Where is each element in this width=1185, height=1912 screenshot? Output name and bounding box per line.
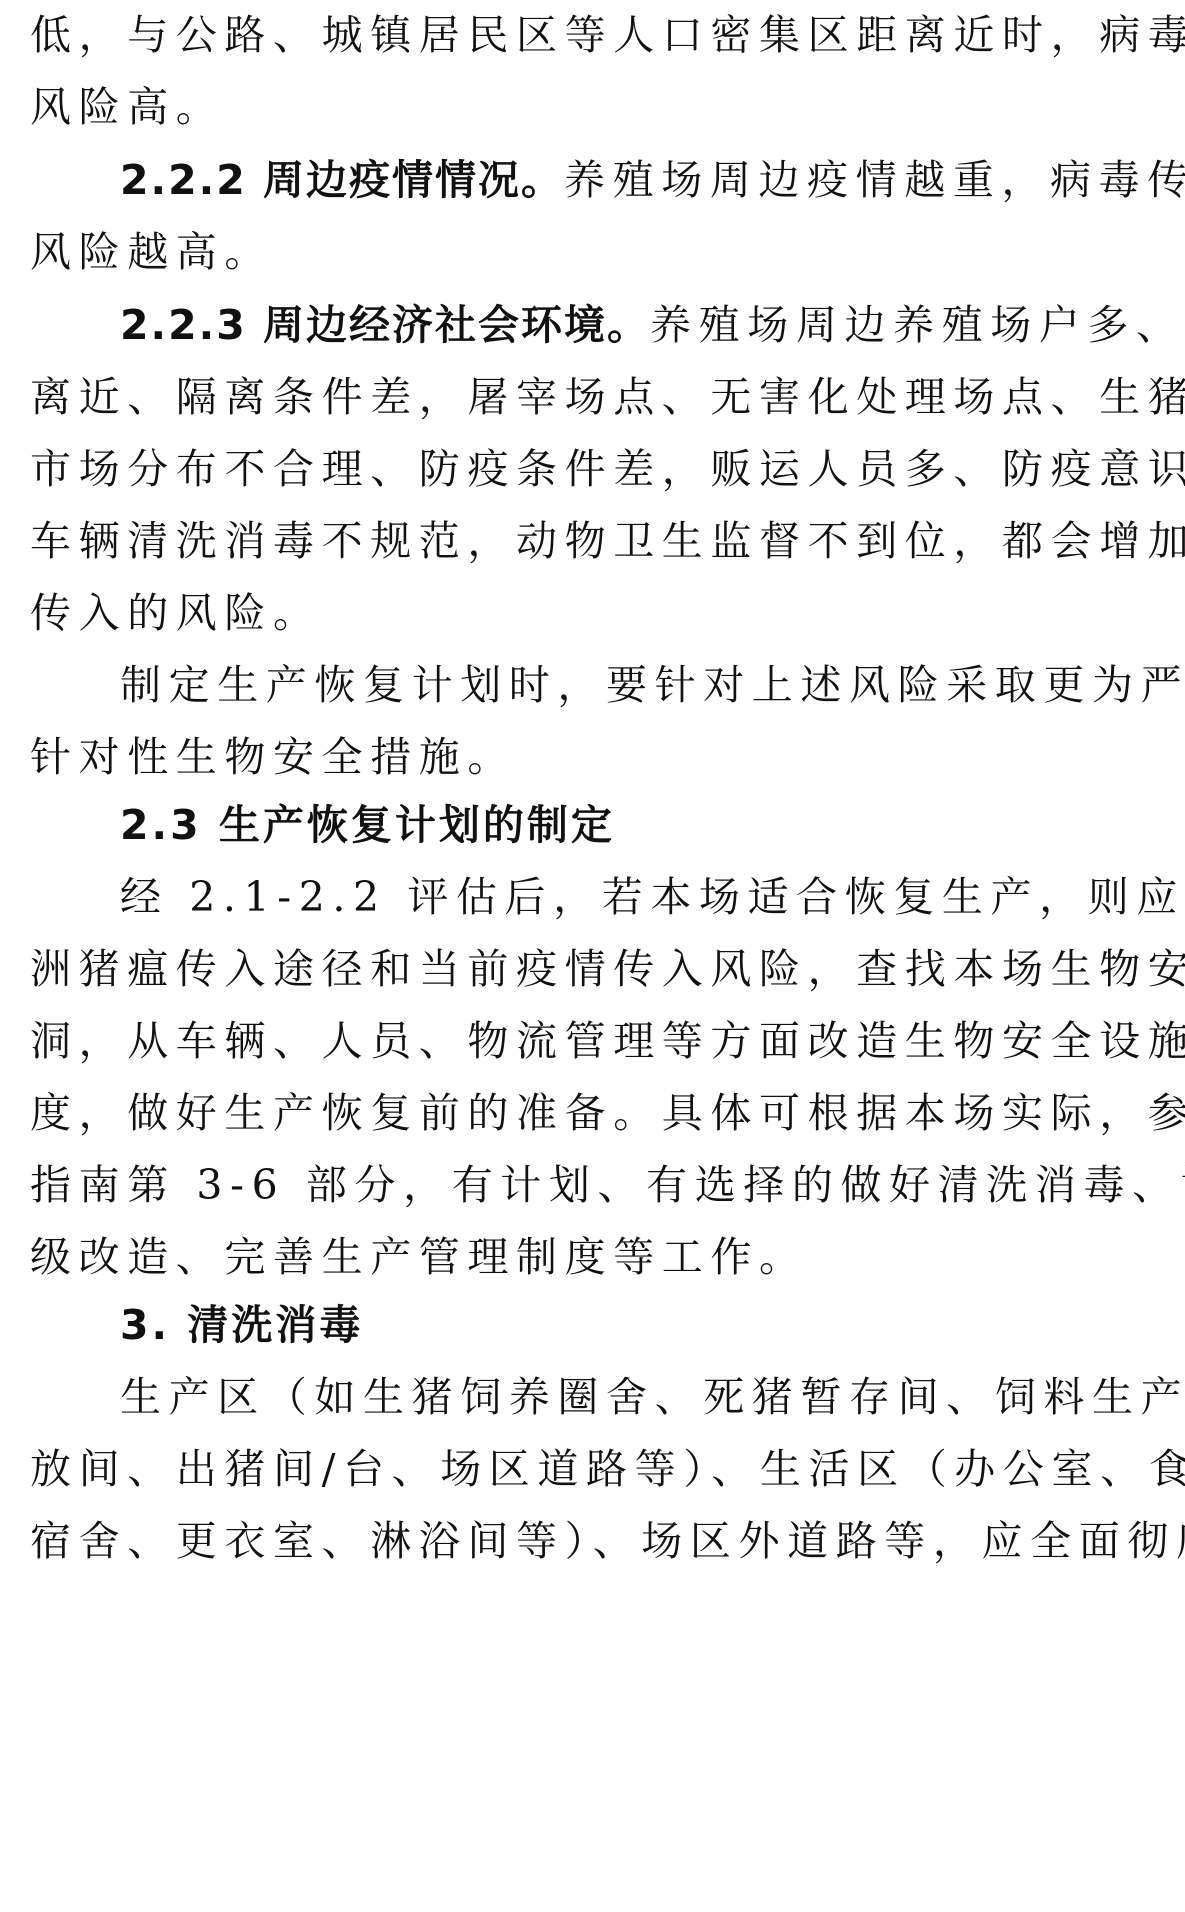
paragraph-line: 经 2.1-2.2 评估后，若本场适合恢复生产，则应根据非 — [120, 872, 1170, 922]
paragraph-line: 生产区（如生猪饲养圈舍、死猪暂存间、饲料生产及存 — [120, 1372, 1170, 1422]
paragraph-line: 宿舍、更衣室、淋浴间等）、场区外道路等，应全面彻底清 — [30, 1516, 1170, 1566]
paragraph-line: 车辆清洗消毒不规范，动物卫生监督不到位，都会增加病毒 — [30, 516, 1170, 566]
paragraph-line: 洞，从车辆、人员、物流管理等方面改造生物安全设施和制 — [30, 1016, 1170, 1066]
paragraph-line: 市场分布不合理、防疫条件差，贩运人员多、防疫意识差， — [30, 444, 1170, 494]
paragraph-line: 指南第 3-6 部分，有计划、有选择的做好清洗消毒、设施升 — [30, 1160, 1170, 1210]
paragraph-line: 传入的风险。 — [30, 588, 1170, 638]
paragraph-line: 离近、隔离条件差，屠宰场点、无害化处理场点、生猪交易 — [30, 372, 1170, 422]
section-heading-2-3: 2.3 生产恢复计划的制定 — [120, 800, 1170, 850]
paragraph-line: 风险越高。 — [30, 227, 1170, 277]
paragraph-line: 放间、出猪间/台、场区道路等）、生活区（办公室、食堂、 — [30, 1444, 1170, 1494]
paragraph-text: 养殖场周边疫情越重，病毒传入 — [564, 156, 1185, 204]
paragraph-line: 级改造、完善生产管理制度等工作。 — [30, 1232, 1170, 1282]
paragraph-line: 度，做好生产恢复前的准备。具体可根据本场实际，参照本 — [30, 1088, 1170, 1138]
paragraph-line: 2.2.3 周边经济社会环境。养殖场周边养殖场户多、距 — [120, 300, 1170, 350]
paragraph-line: 风险高。 — [30, 82, 1170, 132]
paragraph-text: 养殖场周边养殖场户多、距 — [650, 301, 1185, 349]
paragraph-line: 2.2.2 周边疫情情况。养殖场周边疫情越重，病毒传入 — [120, 155, 1170, 205]
paragraph-line: 低，与公路、城镇居民区等人口密集区距离近时，病毒传入 — [30, 10, 1170, 60]
paragraph-line: 制定生产恢复计划时，要针对上述风险采取更为严格的 — [120, 660, 1170, 710]
paragraph-line: 洲猪瘟传入途径和当前疫情传入风险，查找本场生物安全漏 — [30, 944, 1170, 994]
paragraph-line: 针对性生物安全措施。 — [30, 732, 1170, 782]
section-heading-2-2-3: 2.2.3 周边经济社会环境。 — [120, 301, 650, 349]
section-heading-3: 3. 清洗消毒 — [120, 1300, 1170, 1350]
section-heading-2-2-2: 2.2.2 周边疫情情况。 — [120, 156, 564, 204]
